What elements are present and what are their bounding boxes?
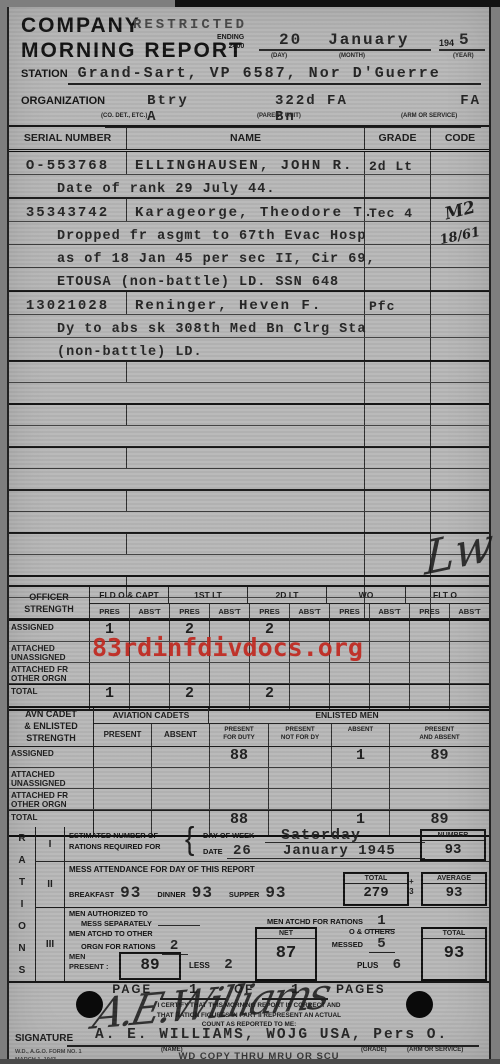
net-label: NET xyxy=(257,929,315,939)
remark-cell: Dy to abs sk 308th Med Bn Clrg Sta xyxy=(9,315,365,337)
number-value: 93 xyxy=(422,841,484,858)
cell: PRESENT FOR DUTY xyxy=(210,724,269,746)
average-value: 93 xyxy=(423,884,485,901)
number-box: NUMBER 93 xyxy=(420,829,486,861)
cell xyxy=(410,621,450,641)
less-item: LESS 2 xyxy=(189,958,242,973)
roman-numeral-iii: III xyxy=(36,908,65,981)
cell xyxy=(210,789,269,809)
blank-roster-line xyxy=(9,534,489,555)
report-day: 20 xyxy=(279,31,302,49)
col-grade: GRADE xyxy=(365,127,431,149)
net-value: 87 xyxy=(257,939,315,963)
cell xyxy=(90,663,130,683)
cell: ABS'T xyxy=(370,604,410,620)
org-arm: FA xyxy=(460,93,481,125)
col-code: CODE xyxy=(431,132,489,144)
grade-cell: 2d Lt xyxy=(365,152,431,174)
organization-row: ORGANIZATION Btry A 322d FA Bn FA xyxy=(21,93,481,128)
cell: ABSENT xyxy=(152,724,210,746)
blank-roster-line xyxy=(9,383,489,405)
col-serial-number: SERIAL NUMBER xyxy=(9,127,127,149)
roster-row: ETOUSA (non-battle) LD. SSN 648 xyxy=(9,268,489,292)
supper-label: SUPPER xyxy=(229,890,259,899)
cell xyxy=(332,768,390,788)
cell xyxy=(269,747,332,767)
cell xyxy=(130,663,170,683)
rations-vertical-label: RATIONS xyxy=(9,827,36,981)
roster-row: Dy to abs sk 308th Med Bn Clrg Sta xyxy=(9,315,489,338)
cell xyxy=(210,768,269,788)
website-watermark: 83rdinfdivdocs.org xyxy=(92,633,363,662)
cell: WO xyxy=(327,587,406,603)
org-unit: Btry A xyxy=(147,93,203,125)
cell: FLD O & CAPT xyxy=(90,587,169,603)
enlisted-assigned-row: ASSIGNED 88189 xyxy=(9,747,489,768)
supper-value: 93 xyxy=(265,884,286,902)
roster-row: 35343742 Karageorge, Theodore T. Tec 4 M… xyxy=(9,199,489,222)
restricted-stamp: RESTRICTED xyxy=(133,17,247,33)
roster-row: Date of rank 29 July 44. xyxy=(9,175,489,199)
cell: I xyxy=(21,899,24,910)
cell: PRES xyxy=(410,604,450,620)
enlisted-strength-table: AVN CADET & ENLISTED STRENGTH AVIATION C… xyxy=(9,706,489,837)
report-month: January xyxy=(328,31,409,49)
cell: ENLISTED MEN xyxy=(209,708,485,723)
rations-total-box: TOTAL 93 xyxy=(421,927,487,981)
roster-row: as of 18 Jan 45 per sec II, Cir 69, xyxy=(9,245,489,268)
plus-item: PLUS 6 xyxy=(357,958,410,973)
org-parent-unit: 322d FA Bn xyxy=(275,93,368,125)
cell: R xyxy=(18,833,25,844)
year-caption: (YEAR) xyxy=(453,53,474,59)
breakfast-value: 93 xyxy=(120,884,141,902)
organization-label: ORGANIZATION xyxy=(21,95,105,107)
cell xyxy=(390,789,489,809)
blank-roster-line xyxy=(9,555,489,577)
station-label: STATION xyxy=(21,68,68,80)
report-date-field: 20 January xyxy=(259,27,431,51)
cell xyxy=(94,747,152,767)
rations-section-i: I ESTIMATED NUMBER OF RATIONS REQUIRED F… xyxy=(36,827,489,862)
date-label: DATE xyxy=(203,847,223,856)
cell xyxy=(94,768,152,788)
serial-cell: O-553768 xyxy=(9,152,127,174)
cell xyxy=(450,621,489,641)
station-row: STATION Grand-Sart, VP 6587, Nor D'Guerr… xyxy=(21,65,481,85)
serial-cell: 35343742 xyxy=(9,199,127,221)
morning-report-form: COMPANY MORNING REPORT RESTRICTED ENDING… xyxy=(7,7,491,1059)
serial-cell: 13021028 xyxy=(9,292,127,314)
pages-label: PAGES xyxy=(336,984,385,996)
cell: 1ST LT xyxy=(169,587,248,603)
average-box: AVERAGE 93 xyxy=(421,872,487,906)
average-label: AVERAGE xyxy=(423,874,485,884)
rations-total-label: TOTAL xyxy=(423,929,485,939)
ending-2400-label: ENDING 2400 xyxy=(217,34,244,52)
name-cell: Reninger, Heven F. xyxy=(127,292,365,314)
men-present-label: MEN PRESENT : xyxy=(69,952,108,973)
station-value: Grand-Sart, VP 6587, Nor D'Guerre xyxy=(68,65,481,85)
cell: 88 xyxy=(210,747,269,767)
remark-cell: as of 18 Jan 45 per sec II, Cir 69, xyxy=(9,245,365,267)
remark-cell: (non-battle) LD. xyxy=(9,338,365,360)
arm-caption: (ARM OR SERVICE) xyxy=(407,1047,463,1053)
enlisted-strength-corner-label: AVN CADET & ENLISTED STRENGTH xyxy=(9,708,94,746)
roster-row: Dropped fr asgmt to 67th Evac Hosp 18/61 xyxy=(9,222,489,245)
blank-roster-line xyxy=(9,448,489,469)
cell: ABS'T xyxy=(130,604,170,620)
cell: PRESENT xyxy=(94,724,152,746)
wd-copy-note: WD COPY THRU MRU OR SCU xyxy=(149,1051,369,1059)
cell: O xyxy=(18,921,26,932)
col-name: NAME xyxy=(127,127,365,149)
cell: ABS'T xyxy=(210,604,250,620)
officer-pres-abst-headers: PRESABS'TPRESABS'TPRESABS'TPRESABS'TPRES… xyxy=(90,604,489,620)
remark-cell: Date of rank 29 July 44. xyxy=(9,175,365,197)
form-title-line2: MORNING REPORT xyxy=(21,38,244,63)
cell xyxy=(370,621,410,641)
cell: PRES xyxy=(330,604,370,620)
plus-value: 6 xyxy=(384,958,410,973)
blank-roster-line xyxy=(9,512,489,534)
roster-row: (non-battle) LD. xyxy=(9,338,489,362)
roman-numeral-i: I xyxy=(36,827,65,861)
cell: 2D LT xyxy=(248,587,327,603)
roster-row: 13021028 Reninger, Heven F. Pfc xyxy=(9,292,489,315)
cell xyxy=(410,642,450,662)
cell: PRES xyxy=(170,604,210,620)
estimated-rations-label: ESTIMATED NUMBER OF RATIONS REQUIRED FOR xyxy=(69,831,160,852)
scanned-morning-report-photo: COMPANY MORNING REPORT RESTRICTED ENDING… xyxy=(0,0,500,1064)
day-caption: (DAY) xyxy=(271,53,287,59)
cell: A xyxy=(18,855,25,866)
enlisted-attached-fr-other-row: ATTACHED FR OTHER ORGN xyxy=(9,789,489,810)
cell: FLT O xyxy=(406,587,484,603)
blank-roster-line xyxy=(9,362,489,383)
mess-attendance-title: MESS ATTENDANCE FOR DAY OF THIS REPORT xyxy=(69,865,255,874)
dinner-label: DINNER xyxy=(157,890,185,899)
cadet-enlisted-groups: AVIATION CADETSENLISTED MEN xyxy=(94,708,489,724)
cell xyxy=(290,663,330,683)
cell xyxy=(152,768,210,788)
remark-cell: ETOUSA (non-battle) LD. SSN 648 xyxy=(9,268,365,290)
cell: S xyxy=(19,965,26,976)
blank-roster-line xyxy=(9,469,489,491)
others-messed-value: 5 xyxy=(369,937,395,953)
cell: ABS'T xyxy=(450,604,489,620)
cell xyxy=(210,663,250,683)
cadet-enlisted-subheaders: PRESENTABSENTPRESENT FOR DUTYPRESENT NOT… xyxy=(94,724,489,746)
blank-roster-line xyxy=(9,426,489,448)
rations-section-iii: III MEN AUTHORIZED TO MESS SEPARATELY ME… xyxy=(36,908,489,981)
cell: PRESENT NOT FOR DY xyxy=(269,724,332,746)
cell xyxy=(94,789,152,809)
signature-label: SIGNATURE xyxy=(15,1033,73,1044)
mess-total-label: TOTAL xyxy=(345,874,407,884)
cell xyxy=(370,663,410,683)
men-present-box: 89 xyxy=(119,952,181,980)
brace-glyph: { xyxy=(185,821,194,858)
mess-separately-value xyxy=(158,925,200,926)
cell xyxy=(332,789,390,809)
men-present-value: 89 xyxy=(121,954,179,976)
month-caption: (MONTH) xyxy=(339,53,365,59)
cell xyxy=(152,747,210,767)
remark-cell: Dropped fr asgmt to 67th Evac Hosp xyxy=(9,222,365,244)
report-year-field: 194 5 xyxy=(439,27,485,51)
form-number: W.D., A.G.O. FORM NO. 1 MARCH 1, 1943 xyxy=(15,1048,82,1059)
cell: PRESENT AND ABSENT xyxy=(390,724,489,746)
year-printed-prefix: 194 xyxy=(439,38,454,49)
punch-hole-right xyxy=(406,991,433,1018)
rations-section-ii: II MESS ATTENDANCE FOR DAY OF THIS REPOR… xyxy=(36,862,489,908)
photo-edge-top xyxy=(175,0,500,7)
dinner-value: 93 xyxy=(192,884,213,902)
personnel-roster: SERIAL NUMBER NAME GRADE CODE O-553768 E… xyxy=(9,125,489,620)
day-of-week-label: DAY OF WEEK xyxy=(203,831,254,840)
officer-grade-groups: FLD O & CAPT1ST LT2D LTWOFLT O xyxy=(90,587,489,604)
cell: ABSENT xyxy=(332,724,390,746)
cell xyxy=(450,663,489,683)
cell xyxy=(450,642,489,662)
cell xyxy=(250,663,290,683)
breakfast-label: BREAKFAST xyxy=(69,890,114,899)
cell xyxy=(330,663,370,683)
mess-total-box: TOTAL 279 xyxy=(343,872,409,906)
cell xyxy=(152,789,210,809)
officer-attached-fr-other-row: ATTACHED FR OTHER ORGN xyxy=(9,663,489,684)
cell: PRES xyxy=(250,604,290,620)
mess-separately-item: MEN AUTHORIZED TO MESS SEPARATELY xyxy=(69,909,200,930)
cell: T xyxy=(19,877,25,888)
mess-total-value: 279 xyxy=(345,884,407,901)
enlisted-attached-unassigned-row: ATTACHED UNASSIGNED xyxy=(9,768,489,789)
grade-cell: Pfc xyxy=(365,292,431,314)
cell: N xyxy=(18,943,25,954)
year-typed-digit: 5 xyxy=(459,31,471,49)
cell xyxy=(269,768,332,788)
cell xyxy=(170,663,210,683)
roman-numeral-ii: II xyxy=(36,862,65,907)
number-label: NUMBER xyxy=(422,831,484,841)
name-cell: ELLINGHAUSEN, JOHN R. xyxy=(127,152,365,174)
grade-cell: Tec 4 xyxy=(365,199,431,221)
officer-strength-corner-label: OFFICER STRENGTH xyxy=(9,587,90,620)
rations-total-value: 93 xyxy=(423,939,485,963)
form-header: COMPANY MORNING REPORT RESTRICTED ENDING… xyxy=(9,7,489,125)
cell: ABS'T xyxy=(290,604,330,620)
cell xyxy=(370,642,410,662)
punch-hole-left xyxy=(76,991,103,1018)
less-value: 2 xyxy=(216,958,242,973)
meals-row: BREAKFAST 93 DINNER 93 SUPPER 93 xyxy=(69,884,303,902)
cell: PRES xyxy=(90,604,130,620)
cell: 1 xyxy=(332,747,390,767)
others-messed-item: O & OTHERS MESSED 5 xyxy=(323,927,395,953)
name-cell: Karageorge, Theodore T. xyxy=(127,199,365,221)
cell: 89 xyxy=(390,747,489,767)
photo-edge-bottom xyxy=(0,1059,500,1064)
rations-section: RATIONS I ESTIMATED NUMBER OF RATIONS RE… xyxy=(9,827,489,983)
cell xyxy=(410,663,450,683)
blank-roster-line xyxy=(9,405,489,426)
cell: AVIATION CADETS xyxy=(94,708,209,723)
signature-typed-name: A. E. WILLIAMS, WOJG USA, Pers O. xyxy=(95,1027,448,1043)
blank-roster-line xyxy=(9,491,489,512)
divide-by-three: + 3 xyxy=(409,877,414,897)
roster-header-row: SERIAL NUMBER NAME GRADE CODE xyxy=(9,127,489,152)
cell xyxy=(390,768,489,788)
roster-row: O-553768 ELLINGHAUSEN, JOHN R. 2d Lt xyxy=(9,152,489,175)
cell xyxy=(269,789,332,809)
